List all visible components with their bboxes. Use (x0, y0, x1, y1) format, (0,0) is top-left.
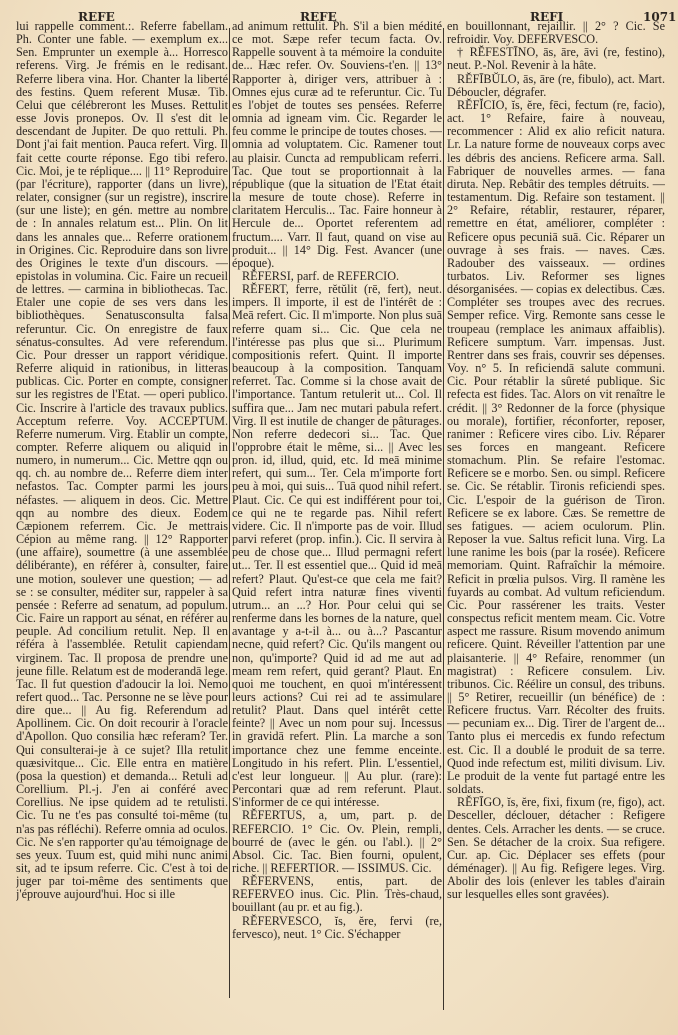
entry-refervesco: RĔFERVESCO, ĭs, ĕre, fervi (re, fervesco… (232, 915, 442, 941)
column-middle-paragraph: ad animum rettulit. Ph. S'il a bien médi… (232, 20, 442, 270)
column-right-paragraph: en bouillonnant, rejaillir. || 2° ? Cic.… (447, 20, 665, 46)
column-left-paragraph: lui rappelle comment.:. Referre fabellam… (16, 20, 228, 901)
entry-refert: RĔFERT, ferre, rĕtŭlit (rē, fert), neut.… (232, 283, 442, 809)
text-columns: lui rappelle comment.:. Referre fabellam… (6, 20, 674, 1020)
entry-refertus: RĔFERTUS, a, um, part. p. de REFERCIO. 1… (232, 809, 442, 875)
entry-reficio: RĔFĬCIO, ĭs, ĕre, fēci, fectum (re, faci… (447, 99, 665, 796)
entry-refibulo: RĔFĪBŬLO, ās, āre (re, fibulo), act. Mar… (447, 73, 665, 99)
entry-refigo: RĔFĪGO, ĭs, ĕre, fixi, fixum (re, figo),… (447, 796, 665, 901)
column-middle: ad animum rettulit. Ph. S'il a bien médi… (232, 20, 442, 1005)
column-rule-left (229, 28, 230, 998)
entry-refestino: † RĔFESTĪNO, ās, āre, āvi (re, festino),… (447, 46, 665, 72)
column-right: en bouillonnant, rejaillir. || 2° ? Cic.… (447, 20, 665, 1005)
entry-refervens: RĔFERVENS, entis, part. de REFERVEO inus… (232, 875, 442, 914)
column-left: lui rappelle comment.:. Referre fabellam… (16, 20, 228, 1005)
dictionary-page: REFE REFE REFI 1071 lui rappelle comment… (0, 0, 678, 1035)
column-rule-right (443, 28, 444, 1010)
